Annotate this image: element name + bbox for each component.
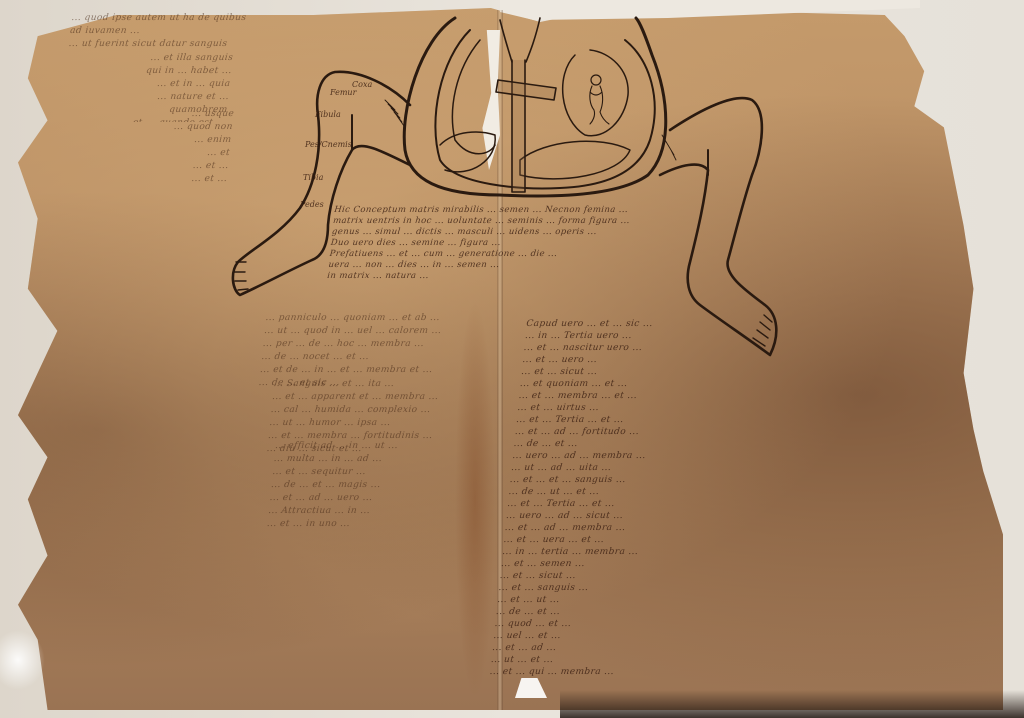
anatomical-drawing	[0, 0, 1024, 718]
label-tibia: Tibia	[303, 173, 323, 182]
bottom-shadow	[560, 690, 1024, 718]
label-fibula: Fibula	[315, 110, 341, 119]
label-pedes: Pedes	[300, 200, 324, 209]
glass-glare-left	[0, 630, 45, 690]
manuscript-photo: ... quod ipse autem ut ha de quibus ad i…	[0, 0, 1024, 718]
label-cnemis: Pes/Cnemis	[305, 140, 352, 149]
label-femur: Femur	[330, 88, 356, 97]
